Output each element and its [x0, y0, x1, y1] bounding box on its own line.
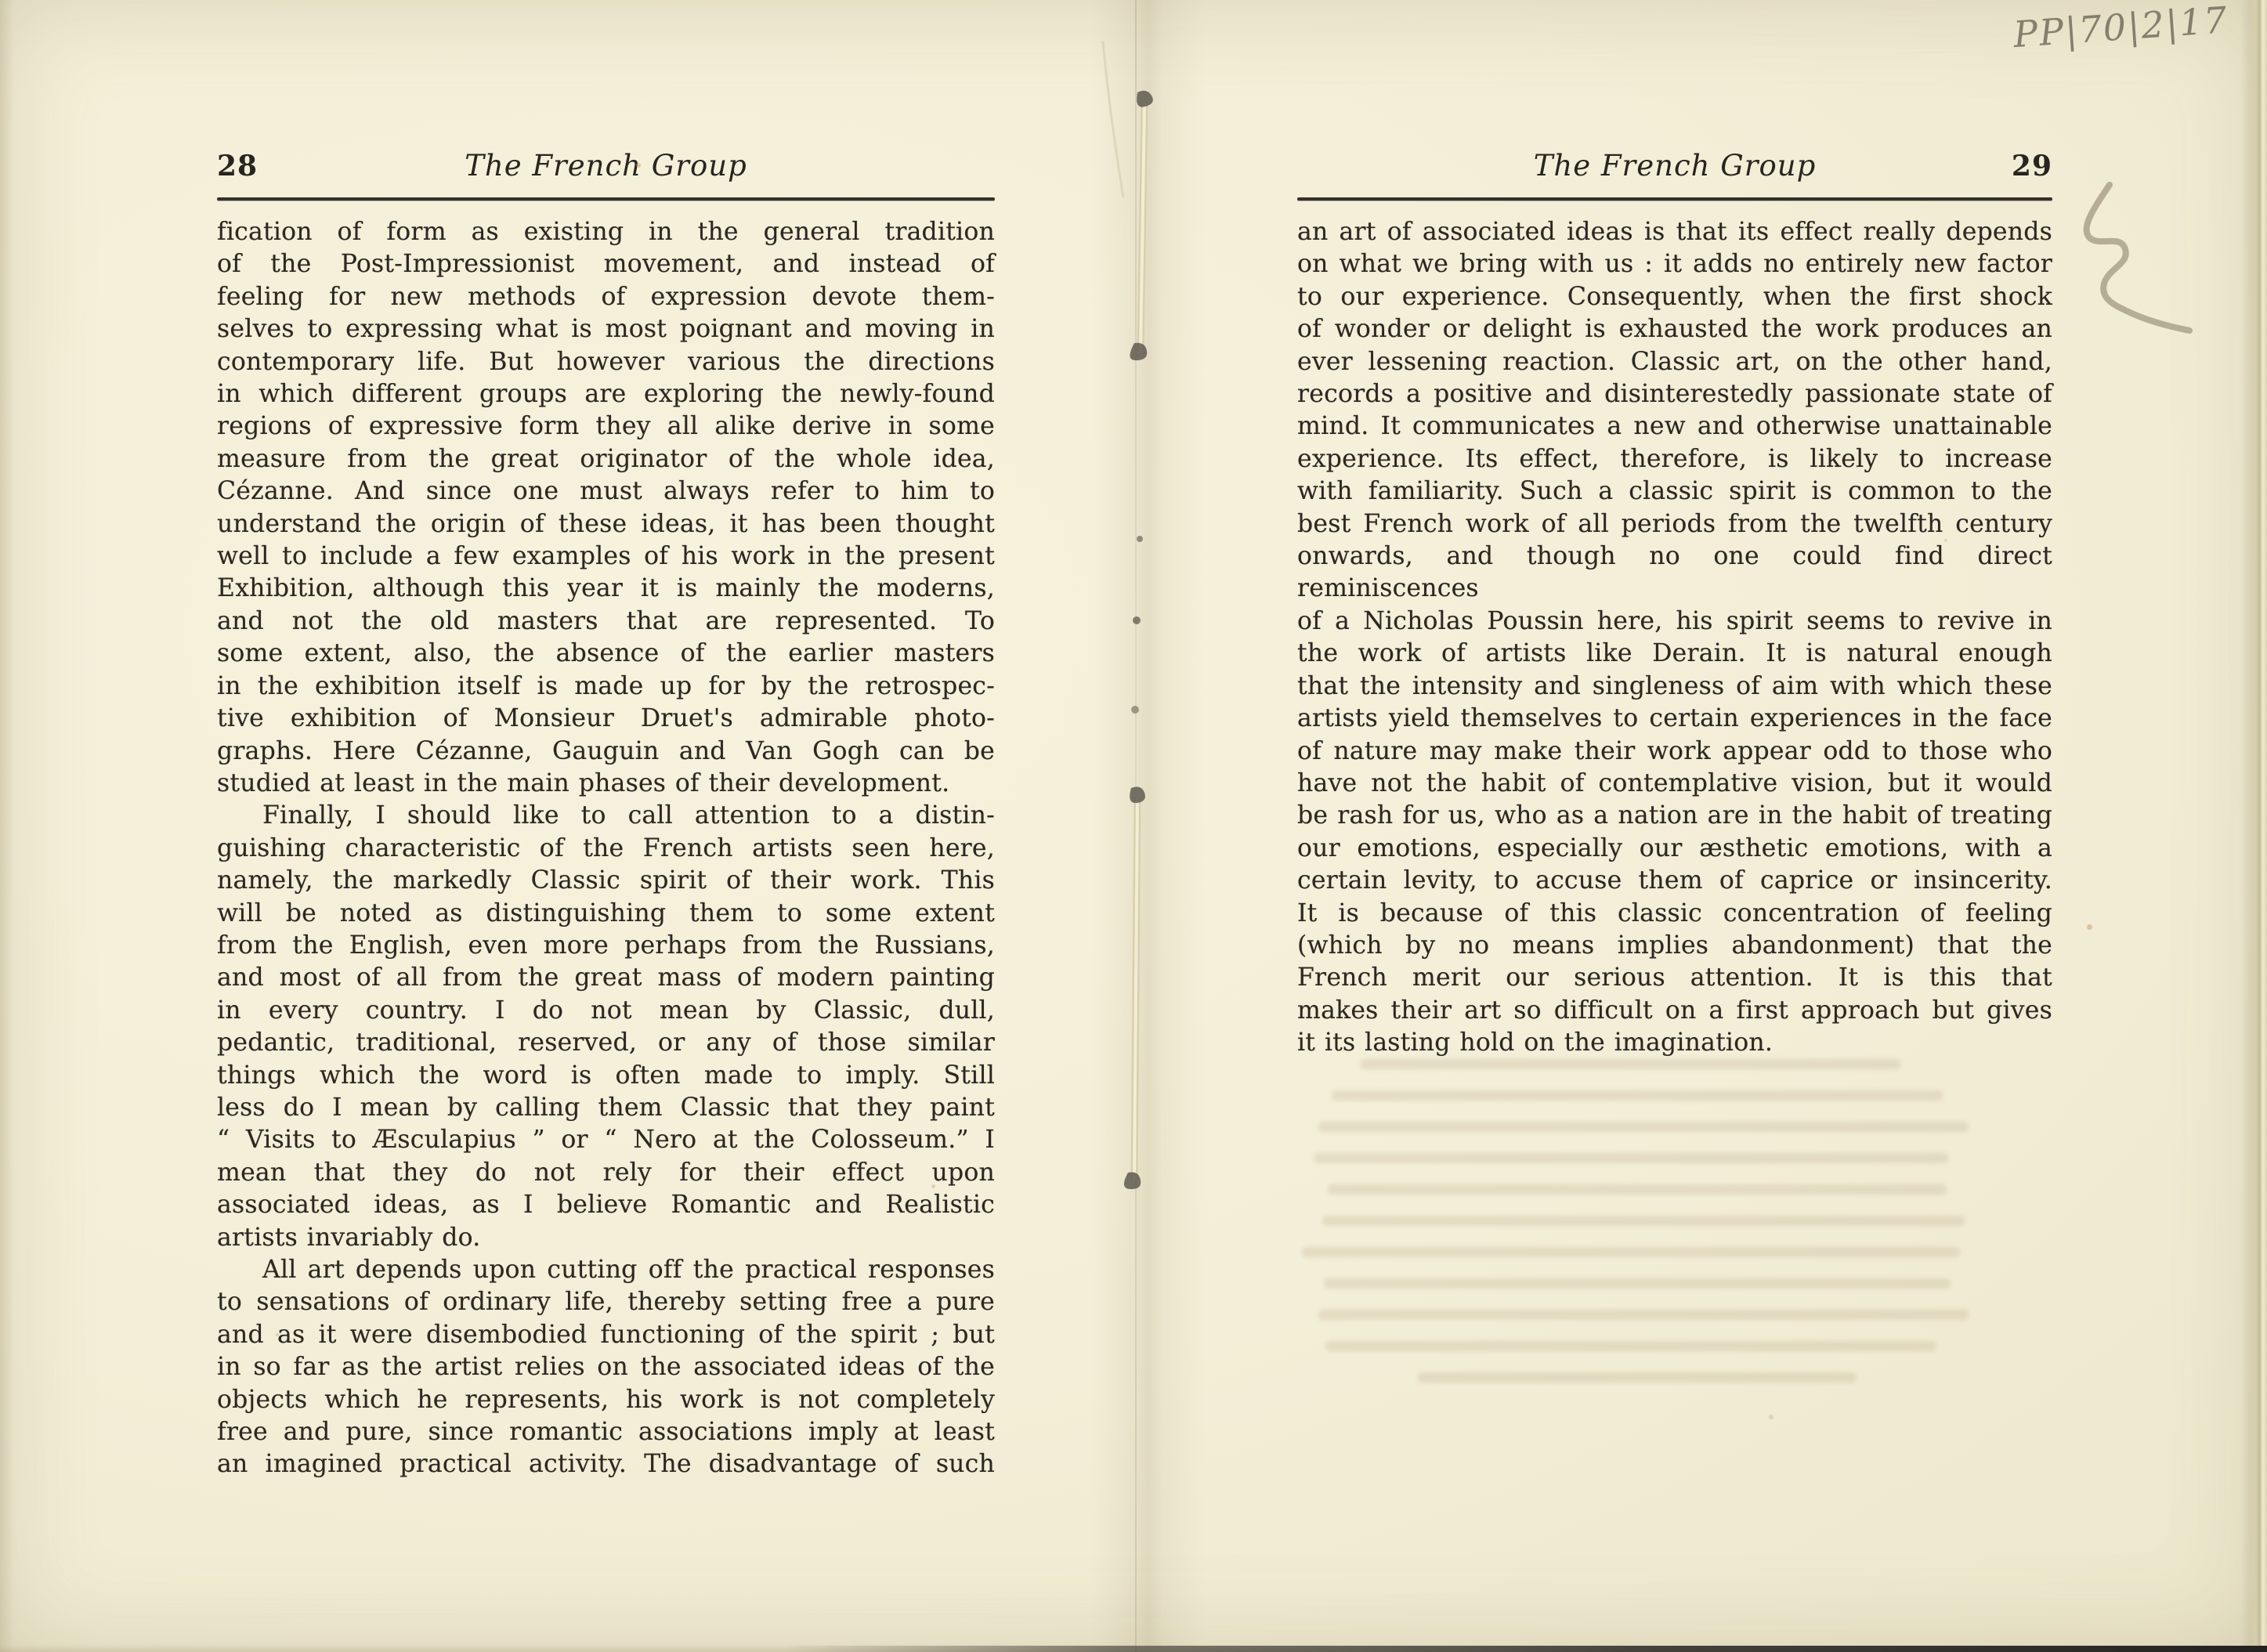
text-line: well to include a few examples of his wo…	[217, 540, 995, 573]
text-line: in so far as the artist relies on the as…	[217, 1351, 995, 1383]
foxing-speck	[1769, 1415, 1773, 1419]
text-line: selves to expressing what is most poigna…	[217, 313, 995, 345]
text-line: guishing characteristic of the French ar…	[217, 833, 995, 865]
text-line: pedantic, traditional, reserved, or any …	[217, 1027, 995, 1059]
text-line: French merit our serious attention. It i…	[1297, 962, 2052, 994]
header-rule-right	[1297, 197, 2052, 201]
text-line: feeling for new methods of expression de…	[217, 281, 995, 313]
text-line: ever lessening reaction. Classic art, on…	[1297, 346, 2052, 378]
bleed-through-line	[1318, 1122, 1969, 1132]
text-line: and as it were disembodied functioning o…	[217, 1319, 995, 1351]
text-line: certain levity, to accuse them of capric…	[1297, 865, 2052, 897]
text-line: namely, the markedly Classic spirit of t…	[217, 865, 995, 897]
text-line: have not the habit of contemplative visi…	[1297, 768, 2052, 800]
text-line: It is because of this classic concentrat…	[1297, 898, 2052, 930]
handwritten-shelfmark: PP|70|2|17	[2012, 0, 2265, 56]
text-line: in every country. I do not mean by Class…	[217, 995, 995, 1027]
text-line: of wonder or delight is exhausted the wo…	[1297, 313, 2052, 345]
text-line: fication of form as existing in the gene…	[217, 216, 995, 248]
bleed-through-line	[1302, 1247, 1960, 1257]
foxing-speck	[636, 163, 641, 168]
text-line: some extent, also, the absence of the ea…	[217, 638, 995, 670]
text-line: to sensations of ordinary life, thereby …	[217, 1286, 995, 1318]
bottom-scan-edge	[783, 1646, 2267, 1652]
text-line: an art of associated ideas is that its e…	[1297, 216, 2052, 248]
text-line: in the exhibition itself is made up for …	[217, 671, 995, 703]
text-line: and most of all from the great mass of m…	[217, 962, 995, 994]
text-line: things which the word is often made to i…	[217, 1060, 995, 1092]
foxing-speck	[1944, 539, 1947, 542]
text-line: associated ideas, as I believe Romantic …	[217, 1189, 995, 1221]
bleed-through-line	[1418, 1372, 1857, 1383]
text-line: Cézanne. And since one must always refer…	[217, 475, 995, 508]
text-line: on what we bring with us : it adds no en…	[1297, 248, 2052, 280]
text-line: graphs. Here Cézanne, Gauguin and Van Go…	[217, 736, 995, 768]
text-line: will be noted as distinguishing them to …	[217, 898, 995, 930]
page-stack-edge	[2240, 0, 2267, 1652]
bleed-through-line	[1361, 1059, 1901, 1069]
text-line: studied at least in the main phases of t…	[217, 768, 995, 800]
text-line: and not the old masters that are represe…	[217, 605, 995, 638]
gutter-fold-line	[1135, 0, 1137, 1652]
text-line: the work of artists like Derain. It is n…	[1297, 638, 2052, 670]
text-line: an imagined practical activity. The disa…	[217, 1448, 995, 1480]
foxing-speck	[2087, 924, 2092, 930]
bleed-through-line	[1328, 1184, 1947, 1195]
text-line: be rash for us, who as a nation are in t…	[1297, 800, 2052, 832]
text-line: of a Nicholas Poussin here, his spirit s…	[1297, 605, 2052, 638]
text-line: with familiarity. Such a classic spirit …	[1297, 475, 2052, 508]
text-line: of the Post-Impressionist movement, and …	[217, 248, 995, 280]
bleed-through-line	[1322, 1216, 1965, 1226]
bleed-through-line	[1324, 1278, 1951, 1289]
text-line: tive exhibition of Monsieur Druet's admi…	[217, 703, 995, 735]
pencil-squiggle-mark	[2087, 185, 2189, 331]
text-line: of nature may make their work appear odd…	[1297, 736, 2052, 768]
text-line: onwards, and though no one could find di…	[1297, 540, 2052, 605]
bleed-through-ghost-text	[1294, 1059, 1968, 1404]
text-line: from the English, even more perhaps from…	[217, 930, 995, 962]
text-line: artists yield themselves to certain expe…	[1297, 703, 2052, 735]
text-line: (which by no means implies abandonment) …	[1297, 930, 2052, 962]
text-line: regions of expressive form they all alik…	[217, 410, 995, 443]
text-line: contemporary life. But however various t…	[217, 346, 995, 378]
text-line: records a positive and disinterestedly p…	[1297, 378, 2052, 410]
text-line: “ Visits to Æsculapius ” or “ Nero at th…	[217, 1124, 995, 1156]
text-line: experience. Its effect, therefore, is li…	[1297, 443, 2052, 475]
text-line: mean that they do not rely for their eff…	[217, 1157, 995, 1189]
bleed-through-line	[1318, 1310, 1969, 1320]
text-line: Exhibition, although this year it is mai…	[217, 573, 995, 605]
text-line: free and pure, since romantic associatio…	[217, 1416, 995, 1448]
text-line: our emotions, especially our æsthetic em…	[1297, 833, 2052, 865]
left-scan-edge	[0, 0, 14, 1652]
header-rule-left	[217, 197, 995, 201]
text-line: artists invariably do.	[217, 1222, 995, 1254]
foxing-speck	[815, 873, 819, 877]
foxing-speck	[276, 1333, 279, 1336]
text-line: best French work of all periods from the…	[1297, 508, 2052, 540]
text-block-left: fication of form as existing in the gene…	[217, 216, 995, 1481]
text-line: to our experience. Consequently, when th…	[1297, 281, 2052, 313]
text-line: understand the origin of these ideas, it…	[217, 508, 995, 540]
text-line: makes their art so difficult on a first …	[1297, 995, 2052, 1027]
page-header-left: 28 The French Group	[217, 149, 995, 193]
foxing-speck	[931, 1184, 935, 1188]
text-line: it its lasting hold on the imagination.	[1297, 1027, 2052, 1059]
page-header-right: The French Group 29	[1297, 149, 2052, 193]
text-line: less do I mean by calling them Classic t…	[217, 1092, 995, 1124]
gutter-shade	[1091, 0, 1206, 1652]
text-line: All art depends upon cutting off the pra…	[217, 1254, 995, 1286]
text-line: Finally, I should like to call attention…	[217, 800, 995, 832]
bleed-through-line	[1325, 1341, 1936, 1351]
bleed-through-line	[1314, 1153, 1948, 1163]
book-spread: 28 The French Group fication of form as …	[0, 0, 2267, 1652]
text-block-right: an art of associated ideas is that its e…	[1297, 216, 2052, 1060]
running-header-right: The French Group	[1297, 149, 2052, 183]
page-number-right: 29	[2012, 150, 2052, 183]
text-line: that the intensity and singleness of aim…	[1297, 671, 2052, 703]
text-line: in which different groups are exploring …	[217, 378, 995, 410]
bleed-through-line	[1332, 1090, 1943, 1101]
running-header-left: The French Group	[217, 149, 995, 183]
text-line: measure from the great originator of the…	[217, 443, 995, 475]
text-line: mind. It communicates a new and otherwis…	[1297, 410, 2052, 443]
text-line: objects which he represents, his work is…	[217, 1384, 995, 1416]
